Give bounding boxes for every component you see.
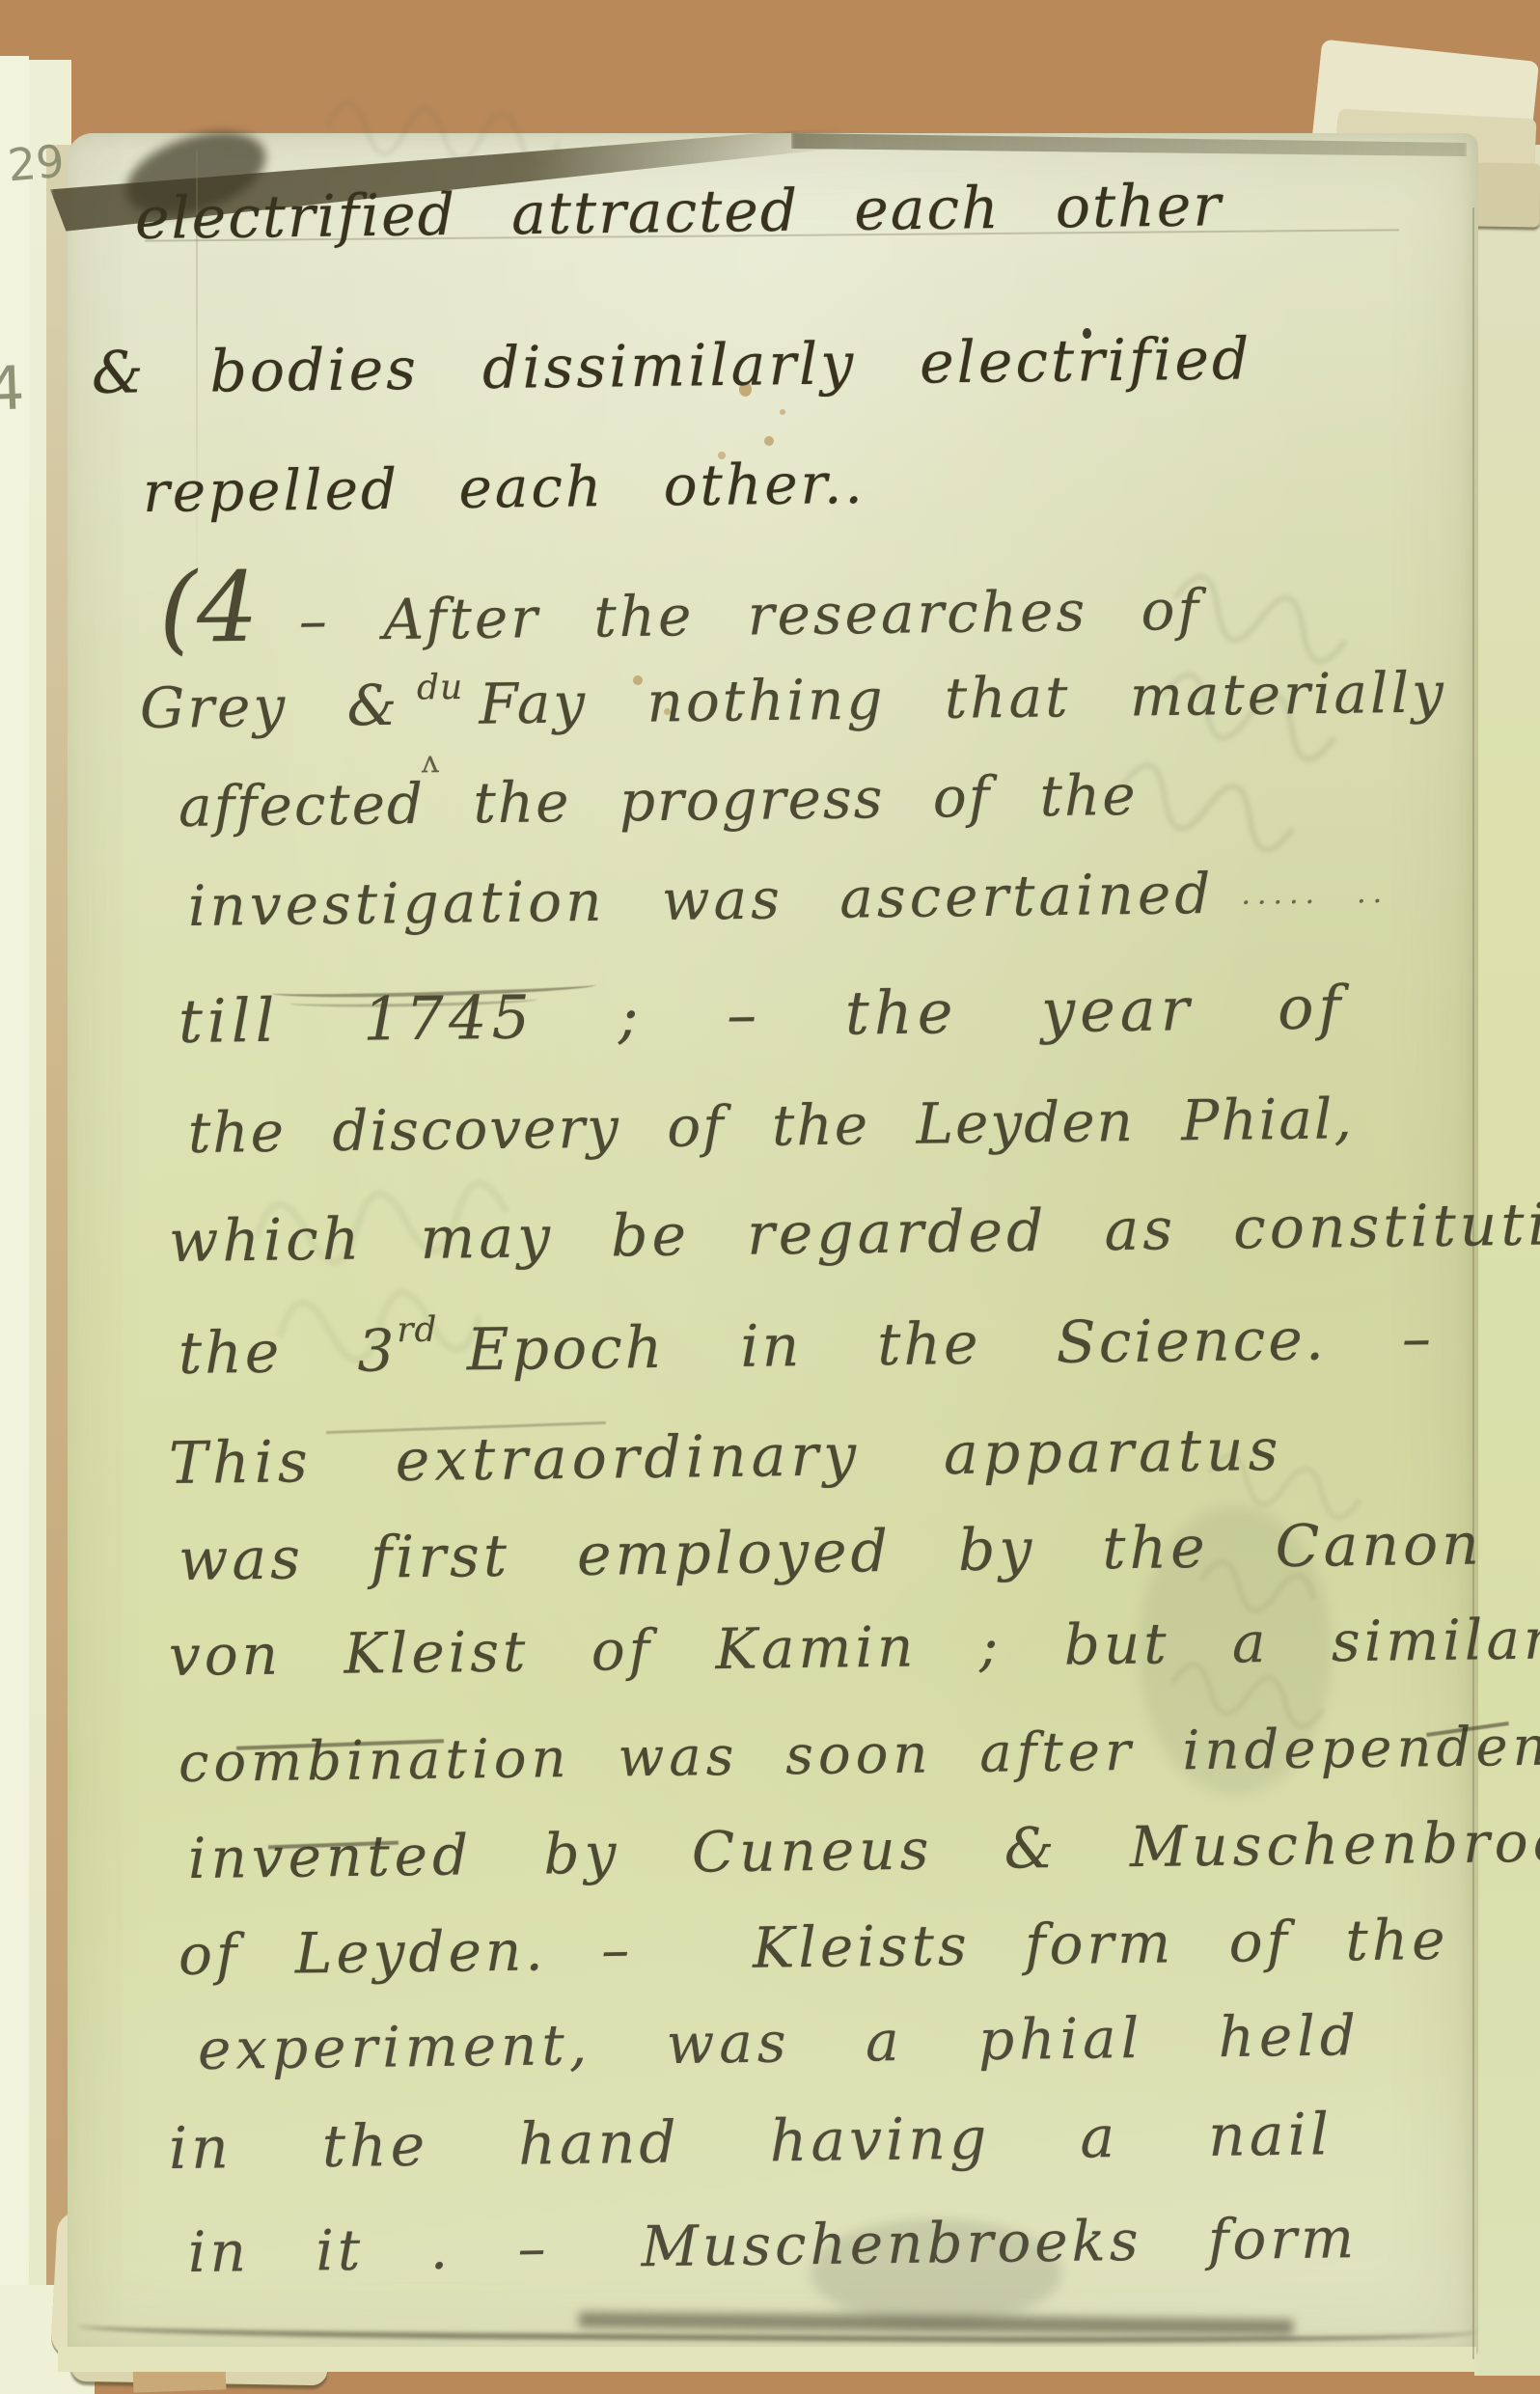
rust-stain	[764, 436, 774, 446]
line-text: the 3	[179, 1317, 398, 1388]
line-text: This extraordinary apparatus	[169, 1417, 1283, 1498]
underlying-page-right-edge	[1474, 145, 1540, 2376]
margin-page-number-29: 29	[6, 135, 67, 192]
line-text: affected the progress of the	[179, 762, 1138, 839]
line-text: Epoch in the Science. –	[466, 1305, 1434, 1384]
line-text: & bodies dissimilarly electrified	[92, 325, 1252, 407]
insertion: duʌ	[417, 693, 464, 733]
section-number: (4	[158, 551, 259, 665]
inserted-word: du	[417, 668, 464, 708]
margin-page-number-4: 4	[0, 352, 26, 424]
rust-stain	[780, 409, 785, 415]
scanned-manuscript-photo: { "document": { "kind": "handwritten man…	[0, 0, 1540, 2394]
manuscript-line: repelled each other..	[143, 451, 866, 525]
trailing-marks: ····· ··	[1241, 885, 1389, 921]
page-right-edge-line	[1472, 207, 1474, 2359]
manuscript-line: This extraordinary apparatus	[169, 1417, 1283, 1498]
manuscript-line: in the hand having a nail	[169, 2101, 1334, 2183]
line-text: in the hand having a nail	[169, 2101, 1334, 2183]
ordinal-superscript: rd	[397, 1310, 438, 1351]
under-page-bottom-strip	[58, 2347, 1476, 2372]
line-text: investigation was ascertained	[188, 861, 1215, 939]
line-text: Grey &	[140, 673, 400, 741]
bleed-through-writing	[315, 58, 612, 194]
line-text: repelled each other..	[143, 451, 866, 525]
manuscript-line: (4– After the researches of	[158, 539, 1201, 665]
manuscript-line: electrified attracted each other	[135, 172, 1224, 253]
manuscript-line: & bodies dissimilarly electrified	[92, 325, 1252, 407]
line-text: electrified attracted each other	[135, 172, 1224, 253]
manuscript-line: affected the progress of the	[179, 762, 1138, 839]
line-text: Fay nothing that materially	[479, 659, 1446, 736]
line-text: – After the researches of	[298, 577, 1201, 653]
